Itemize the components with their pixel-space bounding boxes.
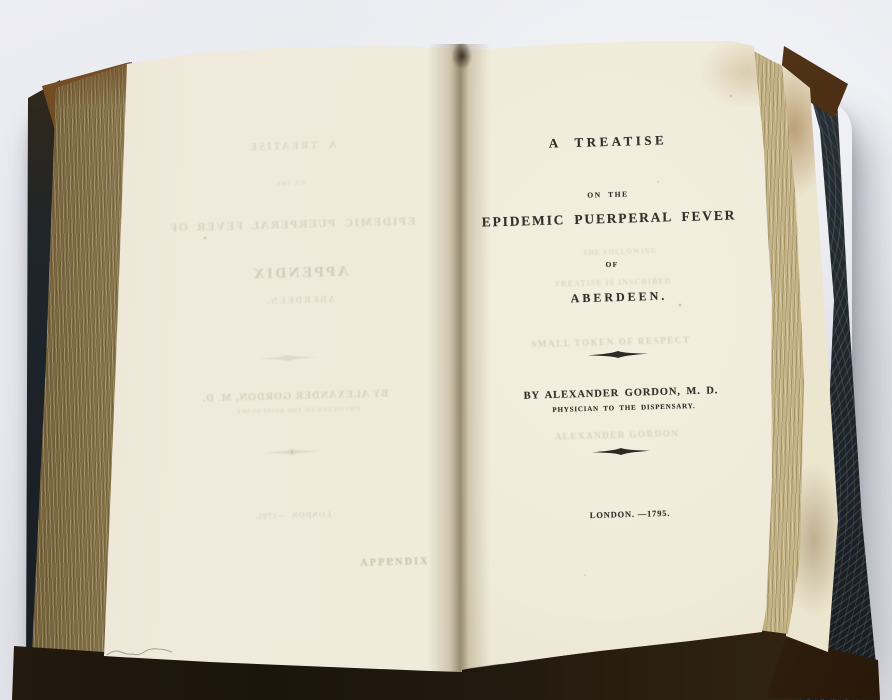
imprint-line: LONDON. —1795. (460, 505, 800, 523)
show-through-subject: EPIDEMIC PUERPERAL FEVER OF (122, 213, 462, 234)
show-through-title: A TREATISE (122, 137, 462, 156)
show-through-swelled-rule-icon (262, 447, 322, 457)
show-through-line: SMALL TOKEN OF RESPECT (441, 333, 781, 351)
photo-open-antique-book: A TREATISE ON THE EPIDEMIC PUERPERAL FEV… (0, 0, 892, 700)
show-through-appendix: APPENDIX (130, 261, 470, 285)
gutter-shadow (428, 44, 490, 672)
show-through-place: ABERDEEN. (130, 291, 470, 309)
show-through-line: ALEXANDER GORDON (447, 427, 787, 446)
gutter-fold-notch (444, 38, 480, 78)
show-through-on-the: ON THE (120, 176, 460, 191)
show-through-swelled-rule-icon (258, 353, 318, 363)
swelled-rule-ornament-icon (588, 349, 648, 360)
swelled-rule-ornament-icon (592, 446, 650, 457)
show-through-imprint: LONDON. —1795. (123, 507, 463, 524)
